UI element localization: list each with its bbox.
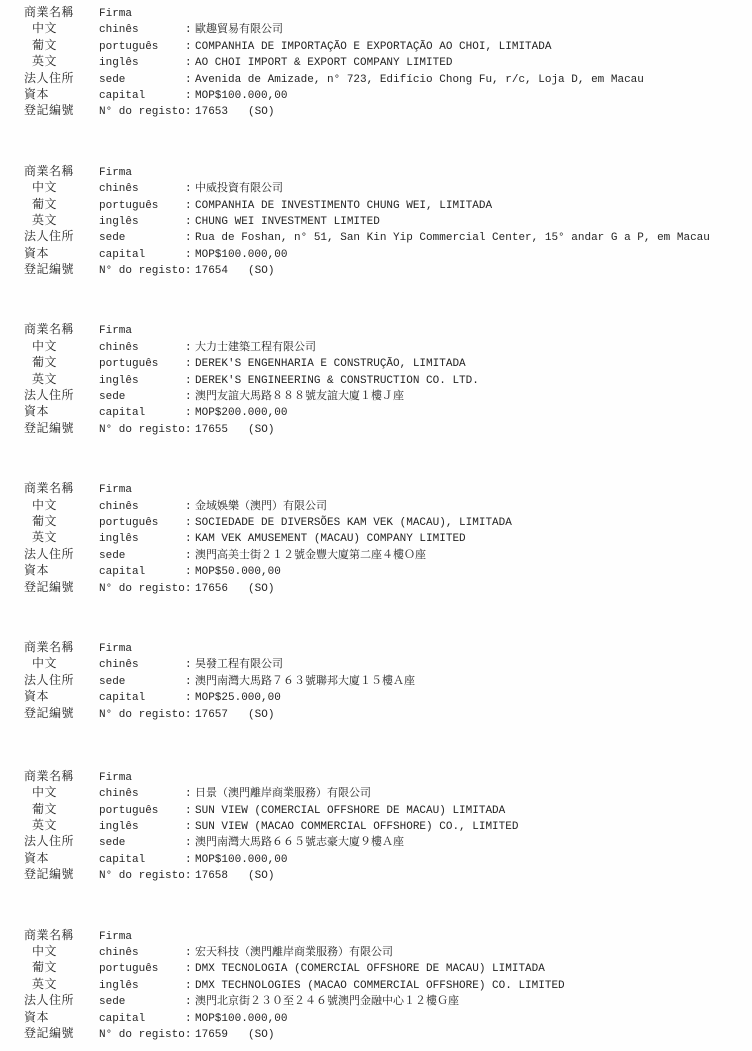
row-seat: 法人住所 sede : Rua de Foshan, n° 51, San Ki… [24,229,752,245]
company-address: 澳門南灣大馬路６６５號志豪大廈９樓Ａ座 [195,835,404,851]
label-registry-zh: 登記編號 [24,103,99,119]
registry-note: (SO) [248,1027,274,1043]
colon-separator: : [185,674,195,690]
label-english-pt: inglês [99,214,185,230]
registry-number: 17653 [195,104,228,120]
colon-separator: : [185,389,195,405]
row-name-chinese: 中文 chinês : 大力士建築工程有限公司 [24,339,752,355]
row-capital: 資本 capital : MOP$100.000,00 [24,87,752,103]
label-capital-pt: capital [99,690,185,706]
colon-separator: : [185,978,195,994]
label-capital-pt: capital [99,88,185,104]
colon-separator: : [185,55,195,71]
company-capital: MOP$100.000,00 [195,852,287,868]
label-seat-zh: 法人住所 [24,834,99,850]
label-firm-pt: Firma [99,6,185,22]
colon-separator: : [185,39,195,55]
label-chinese-pt: chinês [99,22,185,38]
company-name-portuguese: DEREK'S ENGENHARIA E CONSTRUÇÃO, LIMITAD… [195,356,466,372]
label-firm-zh: 商業名稱 [24,5,99,21]
row-seat: 法人住所 sede : 澳門南灣大馬路７６３號聯邦大廈１５樓Ａ座 [24,673,752,689]
colon-separator: : [185,657,195,673]
colon-separator: : [185,531,195,547]
label-registry-zh: 登記編號 [24,867,99,883]
label-chinese-zh: 中文 [24,21,99,37]
row-registry: 登記編號 N° do registo: 17653 (SO) [24,103,752,119]
registry-note: (SO) [248,104,274,120]
label-capital-zh: 資本 [24,404,99,420]
company-name-chinese: 金域娛樂（澳門）有限公司 [195,499,327,515]
row-name-english: 英文 inglês : SUN VIEW (MACAO COMMERCIAL O… [24,818,752,834]
colon-separator: : [185,803,195,819]
label-seat-zh: 法人住所 [24,547,99,563]
company-name-portuguese: COMPANHIA DE IMPORTAÇÃO E EXPORTAÇÃO AO … [195,39,551,55]
label-chinese-zh: 中文 [24,785,99,801]
row-firm: 商業名稱 Firma [24,164,752,180]
row-name-english: 英文 inglês : DEREK'S ENGINEERING & CONSTR… [24,372,752,388]
label-portuguese-zh: 葡文 [24,355,99,371]
row-capital: 資本 capital : MOP$100.000,00 [24,246,752,262]
label-firm-pt: Firma [99,165,185,181]
row-registry: 登記編號 N° do registo: 17656 (SO) [24,580,752,596]
company-name-chinese: 中威投資有限公司 [195,181,283,197]
label-registry-zh: 登記編號 [24,706,99,722]
label-chinese-zh: 中文 [24,656,99,672]
label-chinese-zh: 中文 [24,339,99,355]
row-capital: 資本 capital : MOP$100.000,00 [24,1010,752,1026]
colon-separator: : [185,690,195,706]
colon-separator: : [185,548,195,564]
label-portuguese-zh: 葡文 [24,514,99,530]
colon-separator: : [185,214,195,230]
colon-separator: : [185,340,195,356]
registry-number: 17655 [195,422,228,438]
label-portuguese-pt: português [99,39,185,55]
label-registry-pt: N° do registo: [99,1027,195,1043]
registry-note: (SO) [248,422,274,438]
label-chinese-pt: chinês [99,340,185,356]
company-registry-entry: 商業名稱 Firma 中文 chinês : 中威投資有限公司 葡文 portu… [24,164,752,279]
row-firm: 商業名稱 Firma [24,5,752,21]
label-firm-pt: Firma [99,482,185,498]
label-english-pt: inglês [99,373,185,389]
registry-number: 17657 [195,707,228,723]
row-name-portuguese: 葡文 português : DMX TECNOLOGIA (COMERCIAL… [24,960,752,976]
colon-separator: : [185,819,195,835]
label-firm-zh: 商業名稱 [24,164,99,180]
registry-number: 17654 [195,263,228,279]
label-chinese-zh: 中文 [24,944,99,960]
row-registry: 登記編號 N° do registo: 17657 (SO) [24,706,752,722]
colon-separator: : [185,852,195,868]
colon-separator: : [185,247,195,263]
label-registry-pt: N° do registo: [99,707,195,723]
row-capital: 資本 capital : MOP$50.000,00 [24,563,752,579]
label-english-pt: inglês [99,531,185,547]
colon-separator: : [185,515,195,531]
row-capital: 資本 capital : MOP$200.000,00 [24,404,752,420]
company-capital: MOP$25.000,00 [195,690,281,706]
row-name-chinese: 中文 chinês : 日景（澳門離岸商業服務）有限公司 [24,785,752,801]
label-seat-pt: sede [99,230,185,246]
colon-separator: : [185,373,195,389]
label-english-pt: inglês [99,978,185,994]
label-registry-zh: 登記編號 [24,580,99,596]
company-name-portuguese: SUN VIEW (COMERCIAL OFFSHORE DE MACAU) L… [195,803,505,819]
company-registry-entry: 商業名稱 Firma 中文 chinês : 金域娛樂（澳門）有限公司 葡文 p… [24,481,752,596]
registry-note: (SO) [248,263,274,279]
label-registry-pt: N° do registo: [99,581,195,597]
label-capital-zh: 資本 [24,246,99,262]
label-registry-pt: N° do registo: [99,422,195,438]
registry-number: 17658 [195,868,228,884]
registry-note: (SO) [248,707,274,723]
colon-separator: : [185,22,195,38]
label-seat-zh: 法人住所 [24,71,99,87]
company-name-chinese: 宏天科技（澳門離岸商業服務）有限公司 [195,945,393,961]
label-chinese-pt: chinês [99,181,185,197]
colon-separator: : [185,945,195,961]
label-registry-zh: 登記編號 [24,421,99,437]
label-firm-pt: Firma [99,641,185,657]
colon-separator: : [185,88,195,104]
row-firm: 商業名稱 Firma [24,322,752,338]
label-seat-zh: 法人住所 [24,229,99,245]
label-portuguese-zh: 葡文 [24,197,99,213]
company-address: 澳門南灣大馬路７６３號聯邦大廈１５樓Ａ座 [195,674,415,690]
colon-separator: : [185,835,195,851]
colon-separator: : [185,198,195,214]
label-registry-zh: 登記編號 [24,1026,99,1042]
label-english-pt: inglês [99,819,185,835]
company-name-chinese: 大力士建築工程有限公司 [195,340,316,356]
company-name-chinese: 歐趣貿易有限公司 [195,22,283,38]
registry-number: 17659 [195,1027,228,1043]
label-seat-zh: 法人住所 [24,388,99,404]
label-capital-pt: capital [99,247,185,263]
company-name-english: DMX TECHNOLOGIES (MACAO COMMERCIAL OFFSH… [195,978,565,994]
company-name-chinese: 日景（澳門離岸商業服務）有限公司 [195,786,371,802]
label-portuguese-zh: 葡文 [24,802,99,818]
label-registry-pt: N° do registo: [99,104,195,120]
label-portuguese-zh: 葡文 [24,960,99,976]
label-chinese-pt: chinês [99,945,185,961]
row-firm: 商業名稱 Firma [24,481,752,497]
company-name-portuguese: SOCIEDADE DE DIVERSÕES KAM VEK (MACAU), … [195,515,512,531]
label-portuguese-pt: português [99,356,185,372]
label-seat-pt: sede [99,389,185,405]
label-firm-zh: 商業名稱 [24,322,99,338]
label-seat-pt: sede [99,994,185,1010]
colon-separator: : [185,181,195,197]
row-name-english: 英文 inglês : AO CHOI IMPORT & EXPORT COMP… [24,54,752,70]
label-firm-zh: 商業名稱 [24,769,99,785]
label-portuguese-zh: 葡文 [24,38,99,54]
row-capital: 資本 capital : MOP$25.000,00 [24,689,752,705]
label-chinese-pt: chinês [99,786,185,802]
row-seat: 法人住所 sede : 澳門北京街２３０至２４６號澳門金融中心１２樓Ｇ座 [24,993,752,1009]
row-registry: 登記編號 N° do registo: 17659 (SO) [24,1026,752,1042]
row-name-chinese: 中文 chinês : 昊發工程有限公司 [24,656,752,672]
registry-note: (SO) [248,868,274,884]
colon-separator: : [185,961,195,977]
label-english-zh: 英文 [24,818,99,834]
label-seat-pt: sede [99,674,185,690]
label-capital-zh: 資本 [24,851,99,867]
row-seat: 法人住所 sede : 澳門友誼大馬路８８８號友誼大廈１樓Ｊ座 [24,388,752,404]
row-name-portuguese: 葡文 português : SOCIEDADE DE DIVERSÕES KA… [24,514,752,530]
label-registry-pt: N° do registo: [99,868,195,884]
row-name-portuguese: 葡文 português : COMPANHIA DE INVESTIMENTO… [24,197,752,213]
label-firm-zh: 商業名稱 [24,640,99,656]
label-capital-zh: 資本 [24,1010,99,1026]
label-seat-zh: 法人住所 [24,993,99,1009]
company-address: Avenida de Amizade, n° 723, Edifício Cho… [195,72,644,88]
label-firm-zh: 商業名稱 [24,481,99,497]
company-capital: MOP$100.000,00 [195,88,287,104]
label-capital-zh: 資本 [24,87,99,103]
row-name-portuguese: 葡文 português : COMPANHIA DE IMPORTAÇÃO E… [24,38,752,54]
row-registry: 登記編號 N° do registo: 17654 (SO) [24,262,752,278]
company-capital: MOP$100.000,00 [195,1011,287,1027]
company-name-english: KAM VEK AMUSEMENT (MACAU) COMPANY LIMITE… [195,531,466,547]
label-chinese-pt: chinês [99,657,185,673]
company-name-english: SUN VIEW (MACAO COMMERCIAL OFFSHORE) CO.… [195,819,518,835]
company-name-chinese: 昊發工程有限公司 [195,657,283,673]
colon-separator: : [185,72,195,88]
row-name-english: 英文 inglês : CHUNG WEI INVESTMENT LIMITED [24,213,752,229]
label-capital-pt: capital [99,564,185,580]
label-registry-zh: 登記編號 [24,262,99,278]
colon-separator: : [185,356,195,372]
label-english-zh: 英文 [24,530,99,546]
label-english-zh: 英文 [24,977,99,993]
label-english-zh: 英文 [24,54,99,70]
label-registry-pt: N° do registo: [99,263,195,279]
registry-note: (SO) [248,581,274,597]
company-name-portuguese: DMX TECNOLOGIA (COMERCIAL OFFSHORE DE MA… [195,961,545,977]
company-address: 澳門友誼大馬路８８８號友誼大廈１樓Ｊ座 [195,389,404,405]
company-name-english: CHUNG WEI INVESTMENT LIMITED [195,214,380,230]
colon-separator: : [185,1011,195,1027]
label-portuguese-pt: português [99,961,185,977]
label-chinese-pt: chinês [99,499,185,515]
label-seat-zh: 法人住所 [24,673,99,689]
label-firm-pt: Firma [99,323,185,339]
row-firm: 商業名稱 Firma [24,640,752,656]
label-seat-pt: sede [99,72,185,88]
label-seat-pt: sede [99,835,185,851]
label-english-pt: inglês [99,55,185,71]
label-seat-pt: sede [99,548,185,564]
row-name-chinese: 中文 chinês : 歐趣貿易有限公司 [24,21,752,37]
company-name-english: DEREK'S ENGINEERING & CONSTRUCTION CO. L… [195,373,479,389]
company-address: 澳門高美士街２１２號金豐大廈第二座４樓Ｏ座 [195,548,426,564]
label-capital-pt: capital [99,405,185,421]
company-address: 澳門北京街２３０至２４６號澳門金融中心１２樓Ｇ座 [195,994,459,1010]
label-portuguese-pt: português [99,515,185,531]
label-capital-pt: capital [99,1011,185,1027]
row-registry: 登記編號 N° do registo: 17655 (SO) [24,421,752,437]
company-registry-entry: 商業名稱 Firma 中文 chinês : 歐趣貿易有限公司 葡文 portu… [24,5,752,120]
label-chinese-zh: 中文 [24,498,99,514]
label-firm-pt: Firma [99,770,185,786]
company-name-portuguese: COMPANHIA DE INVESTIMENTO CHUNG WEI, LIM… [195,198,492,214]
row-name-english: 英文 inglês : KAM VEK AMUSEMENT (MACAU) CO… [24,530,752,546]
label-portuguese-pt: português [99,198,185,214]
row-seat: 法人住所 sede : 澳門高美士街２１２號金豐大廈第二座４樓Ｏ座 [24,547,752,563]
label-chinese-zh: 中文 [24,180,99,196]
label-portuguese-pt: português [99,803,185,819]
label-firm-zh: 商業名稱 [24,928,99,944]
row-name-english: 英文 inglês : DMX TECHNOLOGIES (MACAO COMM… [24,977,752,993]
row-name-portuguese: 葡文 português : SUN VIEW (COMERCIAL OFFSH… [24,802,752,818]
row-name-chinese: 中文 chinês : 宏天科技（澳門離岸商業服務）有限公司 [24,944,752,960]
company-name-english: AO CHOI IMPORT & EXPORT COMPANY LIMITED [195,55,452,71]
company-capital: MOP$50.000,00 [195,564,281,580]
row-firm: 商業名稱 Firma [24,769,752,785]
company-registry-entry: 商業名稱 Firma 中文 chinês : 昊發工程有限公司 法人住所 sed… [24,640,752,722]
label-english-zh: 英文 [24,213,99,229]
label-capital-pt: capital [99,852,185,868]
row-capital: 資本 capital : MOP$100.000,00 [24,851,752,867]
company-capital: MOP$200.000,00 [195,405,287,421]
colon-separator: : [185,230,195,246]
colon-separator: : [185,786,195,802]
registry-document-page: 商業名稱 Firma 中文 chinês : 歐趣貿易有限公司 葡文 portu… [0,0,752,1051]
row-seat: 法人住所 sede : Avenida de Amizade, n° 723, … [24,71,752,87]
row-name-chinese: 中文 chinês : 中威投資有限公司 [24,180,752,196]
row-name-chinese: 中文 chinês : 金域娛樂（澳門）有限公司 [24,498,752,514]
row-firm: 商業名稱 Firma [24,928,752,944]
company-registry-entry: 商業名稱 Firma 中文 chinês : 宏天科技（澳門離岸商業服務）有限公… [24,928,752,1043]
label-english-zh: 英文 [24,372,99,388]
registry-number: 17656 [195,581,228,597]
row-registry: 登記編號 N° do registo: 17658 (SO) [24,867,752,883]
row-name-portuguese: 葡文 português : DEREK'S ENGENHARIA E CONS… [24,355,752,371]
company-registry-entry: 商業名稱 Firma 中文 chinês : 大力士建築工程有限公司 葡文 po… [24,322,752,437]
company-address: Rua de Foshan, n° 51, San Kin Yip Commer… [195,230,710,246]
colon-separator: : [185,994,195,1010]
colon-separator: : [185,499,195,515]
colon-separator: : [185,405,195,421]
label-firm-pt: Firma [99,929,185,945]
company-registry-entry: 商業名稱 Firma 中文 chinês : 日景（澳門離岸商業服務）有限公司 … [24,769,752,884]
row-seat: 法人住所 sede : 澳門南灣大馬路６６５號志豪大廈９樓Ａ座 [24,834,752,850]
colon-separator: : [185,564,195,580]
label-capital-zh: 資本 [24,563,99,579]
company-capital: MOP$100.000,00 [195,247,287,263]
label-capital-zh: 資本 [24,689,99,705]
